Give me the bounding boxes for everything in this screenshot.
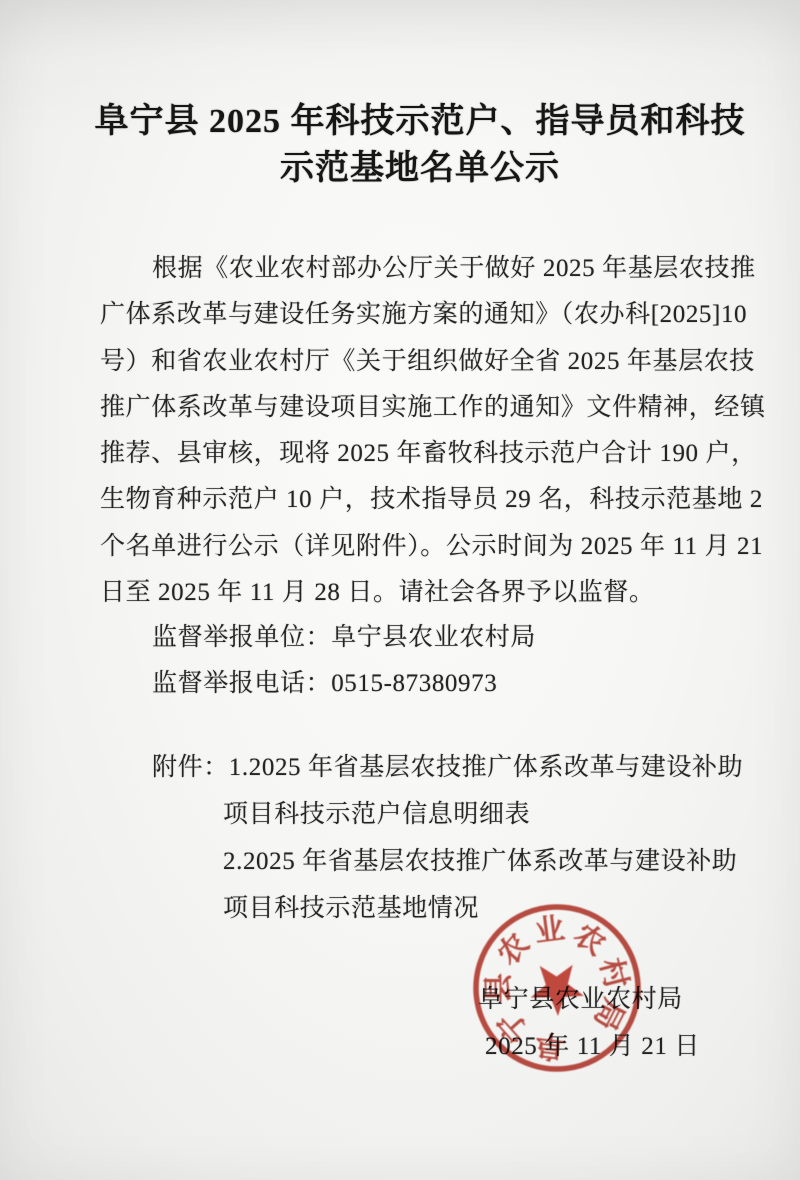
paragraph-line: 日至 2025 年 11 月 28 日。请社会各界予以监督。 <box>100 570 760 616</box>
attachment-line: 项目科技示范户信息明细表 <box>152 791 743 838</box>
paragraph-line: 生物育种示范户 10 户，技术指导员 29 名，科技示范基地 2 <box>100 477 760 523</box>
svg-text:阜: 阜 <box>533 1027 567 1063</box>
svg-text:县: 县 <box>482 973 515 1003</box>
report-unit-line: 监督举报单位：阜宁县农业农村局 <box>152 617 536 653</box>
title-line-1: 阜宁县 2025 年科技示范户、指导员和科技 <box>90 98 750 145</box>
official-seal: 阜宁县农业农村局 <box>467 898 647 1078</box>
svg-text:村: 村 <box>593 955 632 992</box>
attachment-list: 附件：1.2025 年省基层农技推广体系改革与建设补助 项目科技示范户信息明细表… <box>152 744 743 932</box>
attachment-line: 项目科技示范基地情况 <box>152 885 743 932</box>
document-page: 阜宁县 2025 年科技示范户、指导员和科技 示范基地名单公示 根据《农业农村部… <box>0 0 800 1180</box>
paragraph-line: 推广体系改革与建设项目实施工作的通知》文件精神，经镇 <box>100 385 760 431</box>
title-line-2: 示范基地名单公示 <box>90 145 750 192</box>
report-phone-line: 监督举报电话：0515-87380973 <box>152 663 497 699</box>
svg-text:业: 业 <box>533 912 567 949</box>
paragraph-line: 广体系改革与建设任务实施方案的通知》（农办科[2025]10 <box>100 292 760 338</box>
paragraph-line: 推荐、县审核，现将 2025 年畜牧科技示范户合计 190 户， <box>100 431 760 477</box>
paragraph-line: 根据《农业农村部办公厅关于做好 2025 年基层农技推 <box>100 246 760 292</box>
body-paragraph: 根据《农业农村部办公厅关于做好 2025 年基层农技推 广体系改革与建设任务实施… <box>100 246 760 616</box>
paragraph-line: 个名单进行公示（详见附件）。公示时间为 2025 年 11 月 21 <box>100 524 760 570</box>
paragraph-line: 号）和省农业农村厅《关于组织做好全省 2025 年基层农技 <box>100 339 760 385</box>
page-title: 阜宁县 2025 年科技示范户、指导员和科技 示范基地名单公示 <box>90 98 750 192</box>
attachment-line: 附件：1.2025 年省基层农技推广体系改革与建设补助 <box>152 744 743 791</box>
attachment-line: 2.2025 年省基层农技推广体系改革与建设补助 <box>152 838 743 885</box>
seal-star-icon <box>520 952 591 1023</box>
